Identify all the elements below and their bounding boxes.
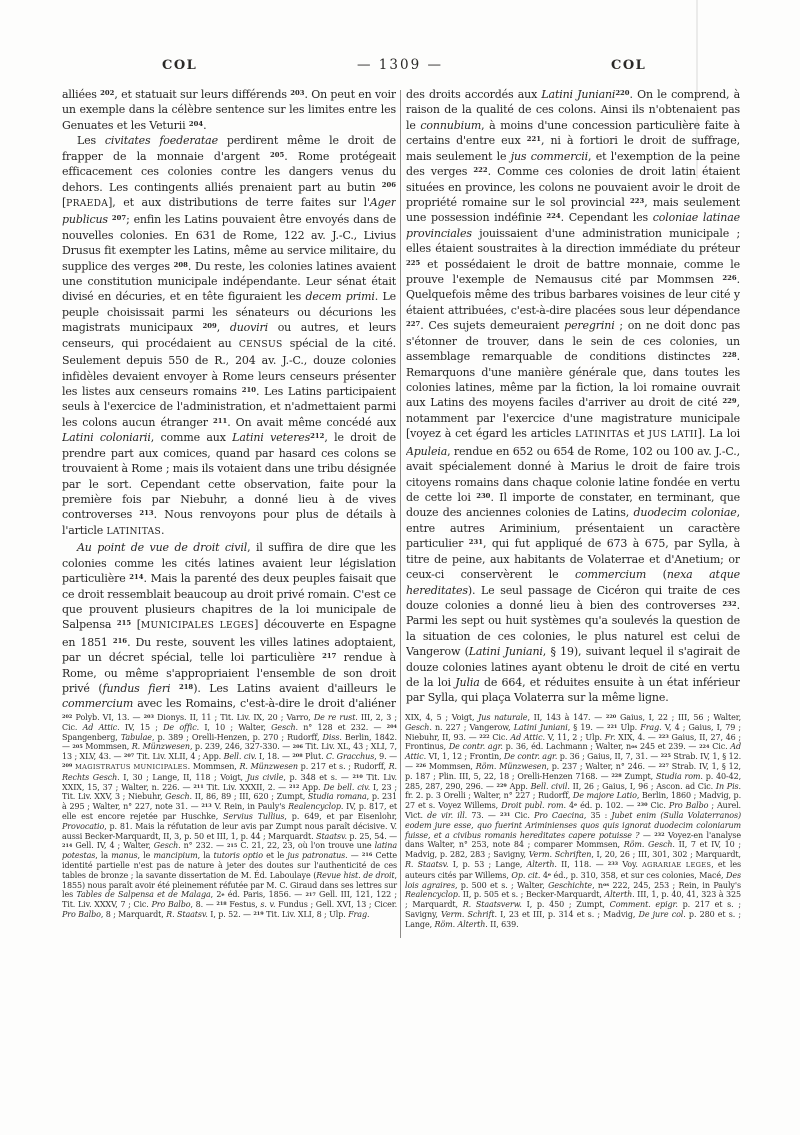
text-run: Pro Balbo [62,910,101,919]
text-run: , p. 237 ; Walter, n° 246. — [547,762,659,771]
footnote-ref: 213 [139,509,153,517]
footnote-ref: 208 [292,753,302,759]
footnote-ref: 211 [193,784,203,790]
text-run: p. 36, éd. Lachmann ; Walter, n [503,742,631,751]
text-run: , p. 500 et s. ; Walter, [455,881,548,890]
text-run: Latini veteres [232,431,310,444]
text-run: Apuleia [406,445,447,458]
text-run: Revue hist. de droit [316,871,394,880]
footnote-ref: 231 [469,538,483,546]
small-caps-term: CENSUS [239,340,283,350]
text-run: p. 25, 54. — [347,832,397,841]
text-run: . — [591,707,627,709]
text-run: XIX, 4, 5 ; Voigt, [405,713,478,722]
text-run: Plut. [303,752,326,761]
text-run: , 35 : [584,811,612,820]
text-run: Bell. civil. [531,782,570,791]
text-run: mancipium [153,851,197,860]
text-run: Tabulae [121,733,152,742]
text-run: Latini coloniarii [62,431,151,444]
footnote-ref: os [603,882,609,888]
text-run: . [161,524,164,537]
footnote-ref: 209 [203,322,217,330]
main-text-column-left: alliées 202, et statuait sur leurs diffé… [62,87,396,709]
text-run: Cic. [510,811,534,820]
footnote-ref: 222 [479,734,489,740]
text-run [566,707,577,709]
text-run: , la [198,851,214,860]
text-run: Latini Juniani [541,88,615,101]
text-run: Frag. [640,723,661,732]
text-run: I, 18. — [257,752,293,761]
text-run: manus [111,851,137,860]
text-run: Diss. [323,733,342,742]
text-run: Gesch. [165,792,192,801]
text-run: Fundus ; Gell. XVI, 13 ; Cicer. [275,900,397,909]
text-run: Op. cit. [511,871,540,880]
text-run: duodecim coloniae [634,506,737,519]
text-run: , la [95,851,111,860]
text-run: II, 26 ; Gaius, I, 96 ; Ascon. ad Cic. [570,782,716,791]
small-caps-term: MAGISTRATUS MUNICIPALES [75,763,188,771]
paragraph: Au point de vue de droit civil, il suffi… [62,540,396,709]
text-run: éd. Paris, 1856. — [225,890,306,899]
text-run: n° 232. — [181,841,227,850]
text-run: . Ces sujets demeuraient [420,319,564,332]
text-run: 4 [540,871,548,880]
text-run: Studia romana [308,792,367,801]
text-run: XIX, 4. — [615,733,658,742]
text-run: Voy. [618,860,642,869]
footnote-ref: 202 [100,89,114,97]
text-run [170,682,179,695]
footnote-ref: 203 [290,89,304,97]
text-run: Polyb. VI, 13. — [72,713,143,722]
footnote-ref: 216 [113,637,127,645]
text-run: Jus civile [247,773,284,782]
footnote-ref: 203 [144,714,154,720]
text-run: Dionys. II, 11 ; Tit. Liv. IX, 20 ; Varr… [154,713,314,722]
column-divider-rule [400,90,401,938]
text-run: , p. 649, et par Eisenlohr, [284,812,397,821]
text-run: tutoris optio [214,851,263,860]
text-run: , le [138,851,154,860]
text-run: Julia [455,676,479,689]
text-run: Röm. Alterth. [434,920,487,929]
text-run: , n [592,881,603,890]
text-run: Mommsen, [426,762,476,771]
text-run: [ [131,618,141,631]
footnote-ref: 207 [112,214,126,222]
footnote-ref: 207 [124,753,134,759]
footnote-ref: 210 [242,386,256,394]
text-run: éd., p. 310, 358, et sur ces colonies, M… [551,871,726,880]
text-run: 245 et 239. — [637,742,699,751]
footnote-ref: 210 [352,774,362,780]
text-run: . [203,119,206,132]
scanned-dictionary-page: COL — 1309 — COL alliées 202, et statuai… [0,0,800,1135]
text-run: De majore Latio [573,791,637,800]
text-run: C. 21, 22, 23, où l'on trouve une [237,841,374,850]
text-run: II, p. 505 et s. ; Becker-Marquardt, [460,890,604,899]
footnote-ref: 217 [305,892,315,898]
small-caps-term: LATINITAS [106,527,161,537]
text-run: Comment. epigr. [610,900,678,909]
text-run: Röm. Gesch. [624,840,675,849]
text-run: De jure col. [639,910,686,919]
text-run: I, p. 53 ; Lange, [449,860,527,869]
text-run: Gesch. [405,723,432,732]
text-run: ). Les Latins avaient d'ailleurs le [193,682,396,695]
text-run: s. v. [260,900,275,909]
text-run: Alterth. [604,890,634,899]
footnote-ref: 233 [608,861,618,867]
text-run: Tit. Liv. XLI, 8 ; Ulp. [264,910,348,919]
text-run: Mommsen, [83,742,132,751]
text-run: De bell. civ. [323,783,370,792]
footnote-ref: 209 [62,763,72,769]
footnote-ref: 204 [387,724,397,730]
footnote-ref: e [574,802,577,808]
text-run: De contr. agr. [504,752,557,761]
text-run: Staatsv. [316,832,347,841]
text-run: Droit publ. rom. [501,801,566,810]
text-run: Servius Tullius [223,812,284,821]
footnote-ref: 220 [615,89,629,97]
text-run: Tit. Liv. XXXII, 2. — [204,783,289,792]
footnote-ref: 232 [722,600,736,608]
footnote-ref: 211 [213,417,227,425]
text-run: Au point de vue de droit civil [77,541,247,554]
text-run: . Mommsen, [188,762,240,771]
small-caps-term: PRAEDA [66,199,108,209]
text-run: , 8. — [191,900,217,909]
footnote-ref: 233 [577,708,591,709]
text-run: , § 19. — [568,723,607,732]
text-run: I, p. 52. — [208,910,254,919]
text-run: p. 217 et s. ; Rudorff, [298,762,389,771]
text-run: fr. 2. p. 3 Orelli ; Walter, n° 227 ; Ru… [405,791,573,800]
footnote-ref: 212 [289,784,299,790]
text-run: R. Münzwesen [132,742,190,751]
text-run: Provocatio [62,822,104,831]
text-run: Latini Juniani [514,723,568,732]
text-run: connubium [420,119,481,132]
small-caps-term: MUNICIPALES LEGES [141,621,254,631]
text-run: peregrini [564,319,614,332]
text-run: et le [263,851,287,860]
text-run: , p. 348 et s. — [283,773,352,782]
text-run: alliées [62,88,100,101]
footnote-ref: 206 [293,744,303,750]
text-run: Geschichte [548,881,592,890]
footnote-ref: 225 [661,753,671,759]
text-run: Verm. Schrift. [441,910,497,919]
footnote-ref: 208 [174,261,188,269]
running-header-right: COL [611,58,646,73]
text-run: commercium [62,697,133,709]
footnotes-column-right: XIX, 4, 5 ; Voigt, Jus naturale, II, 143… [405,713,741,930]
text-run: , 8 ; Marquardt, [101,910,166,919]
text-run: V, 11, 2 ; Ulp. [545,733,605,742]
footnote-ref: 205 [270,151,284,159]
text-run: Pro Balbo [151,900,190,909]
text-run: n° 128 et 232. — [298,723,387,732]
text-run: R. Staatsverw. [463,900,522,909]
footnote-ref: 231 [500,812,510,818]
text-run: civitates foederatae [105,134,218,147]
text-run: I, 23 et III, p. 314 et s. ; Madvig, [497,910,639,919]
text-run: R. Münzwesen [239,762,297,771]
text-run: Ad Attic. [510,733,545,742]
text-run: De re rust. [314,713,358,722]
paragraph: III. COLONIES AGRAIRES 233. — Organisati… [406,706,740,709]
text-run: Gaius, I, 22 ; III, 56 ; Walter, [616,713,741,722]
text-run: jus commercii [511,150,588,163]
text-run: , 9. — [374,752,397,761]
footnote-ref: 220 [606,714,616,720]
text-run: I, 10 ; Walter, [199,723,271,732]
text-run: ( [646,568,667,581]
footnote-ref: 229 [497,783,507,789]
small-caps-term: JUS LATII [648,430,697,440]
small-caps-term: AGRARIAE LEGES [642,861,711,869]
text-run: III. [421,707,448,709]
text-run: , comme aux [151,431,232,444]
text-run: Les [77,134,105,147]
text-run: Cic. [648,801,669,810]
footnote-ref: 227 [406,320,420,328]
footnote-ref: 218 [179,683,193,691]
footnote-ref: 213 [201,803,211,809]
footnote-ref: 219 [253,911,263,917]
text-run: Zumpt, [622,772,656,781]
footnote-ref: 232 [654,832,664,838]
text-run: II, 86, 89 ; III, 620 ; Zumpt, [192,792,308,801]
text-run: Organisation [627,707,698,709]
footnote-ref: 229 [722,397,736,405]
footnote-ref: 217 [322,652,336,660]
footnote-ref: 215 [117,619,131,627]
text-run: , II, 143 à 147. — [527,713,605,722]
text-run: Tit. Liv. XLII, 4 ; App. [134,752,223,761]
footnote-ref: 212 [310,432,324,440]
text-run: V. Rein, in Pauly's [212,802,288,811]
text-run: Realencyclop. [405,890,460,899]
text-run: Latini Juniani [469,645,543,658]
text-run: App. [299,783,323,792]
footnote-ref: 228 [722,351,736,359]
text-run: I, p. 450 ; Zumpt, [522,900,610,909]
text-run: De offic. [163,723,199,732]
text-run: VI, 1, 12 ; Frontin, [426,752,504,761]
footnotes-column-left: 202 Polyb. VI, 13. — 203 Dionys. II, 11 … [62,713,397,920]
footnote-ref: 204 [189,120,203,128]
text-run: Tables de Salpensa et de Malaga [76,890,210,899]
text-run: Bell. civ. [224,752,257,761]
text-run: Cic. [709,742,730,751]
text-run: , et statuait sur leurs différends [114,88,290,101]
text-run: Realencyclop. [288,802,343,811]
scan-artifact-streak [696,0,698,178]
footnote-ref: 216 [362,852,372,858]
text-run: fundus fieri [103,682,171,695]
text-run: , [217,321,230,334]
text-run: Gell. IV, 4 ; Walter, [72,841,153,850]
footnote-ref: 221 [607,724,617,730]
text-run: ]. La loi [698,427,740,440]
text-run: Jus naturale [478,713,527,722]
text-run: commercium [575,568,646,581]
text-run: et possédaient le droit de battre monnai… [406,258,740,286]
text-run: . On avait même concédé aux [227,416,396,429]
footnote-ref: 227 [659,763,669,769]
paragraph: Les civitates foederatae perdirent même … [62,133,396,540]
text-run: Fr. [605,733,616,742]
text-run: — [639,831,654,840]
text-run: de vir. ill. [427,811,467,820]
text-run: De contr. agr. [449,742,503,751]
text-run: Gesch. [271,723,298,732]
paragraph: des droits accordés aux Latini Juniani22… [406,87,740,706]
footnote-ref: 228 [611,773,621,779]
footnote-ref: e [548,872,551,878]
footnote-ref: 224 [699,744,709,750]
text-run: IV, 15 ; [120,723,163,732]
footnote-ref: 222 [473,166,487,174]
text-run: Alterth. [527,860,557,869]
footnote-ref: 223 [630,197,644,205]
footnote-ref: 230 [476,492,490,500]
footnote-ref: 223 [658,734,668,740]
footnote-ref: e [221,892,224,898]
text-run: Verm. Schriften [529,850,592,859]
small-caps-term: LATINITAS [575,430,630,440]
text-run: des droits accordés aux [406,88,541,101]
footnote-ref: 206 [382,181,396,189]
text-run: App. [507,782,531,791]
text-run: . Cependant les [561,211,653,224]
text-run: Pro Balbo [669,801,708,810]
text-run: In Pis. [716,782,741,791]
footnote-ref: 214 [129,573,143,581]
text-run: Röm. Münzwesen [476,762,547,771]
footnote-ref: 214 [62,843,72,849]
text-run: 73. — [467,811,500,820]
footnote-ref: os [631,744,637,750]
text-run: R. Staatsv. [405,860,449,869]
main-text-column-right: des droits accordés aux Latini Juniani22… [406,87,740,709]
text-run: . — [345,851,362,860]
footnote-ref: 224 [546,212,560,220]
text-run: II, 639. [488,920,519,929]
text-run: Ad Attic. [83,723,120,732]
text-run: C. Gracchus [326,752,374,761]
footnote-ref: 225 [406,259,420,267]
footnote-ref: 230 [637,802,647,808]
text-run: 222, 245, 253 ; Rein, in Pauly's [609,881,741,890]
text-run: Gesch. [154,841,181,850]
text-run: éd. p. 102. — [577,801,637,810]
text-run: Pro Caecina [534,811,584,820]
text-run: ], et aux distributions de terre faites … [108,196,370,209]
text-run: p. 36 ; Gaius, II, 7, 31. — [557,752,660,761]
page-number: — 1309 — [0,57,800,73]
footnote-ref: 202 [62,714,72,720]
footnote-ref: 218 [216,901,226,907]
text-run: Frag. [348,910,369,919]
text-run: 4 [566,801,574,810]
footnote-ref: 205 [72,744,82,750]
text-run: duoviri [230,321,268,334]
footnote-ref: 226 [416,763,426,769]
text-run: Studia rom. [656,772,703,781]
text-run: decem primi [306,290,375,303]
text-run: Ulp. [617,723,640,732]
paragraph: alliées 202, et statuait sur leurs diffé… [62,87,396,133]
text-run: , 2 [211,890,222,899]
text-run: I, 30 ; Lange, II, 118 ; Voigt, [120,773,247,782]
text-run: , p. 239, 246, 327-330. — [190,742,293,751]
text-run: jus patronatus [287,851,345,860]
text-run: et [630,427,649,440]
footnote-ref: 221 [527,135,541,143]
text-run: Spangenberg, [62,733,121,742]
footnote-ref: 215 [227,843,237,849]
text-run: , p. 389 ; Orelli-Henzen, p. 270 ; Rudor… [152,733,323,742]
text-run: II, 118. — [557,860,608,869]
text-run: Cic. [490,733,511,742]
text-run: Festus, [227,900,261,909]
text-run: , I, 20, 26 ; III, 301, 302 ; Marquardt, [591,850,741,859]
text-run: n. 227 ; Vangerow, [432,723,514,732]
footnote-ref: 226 [722,274,736,282]
text-run: R. Staatsv. [166,910,208,919]
